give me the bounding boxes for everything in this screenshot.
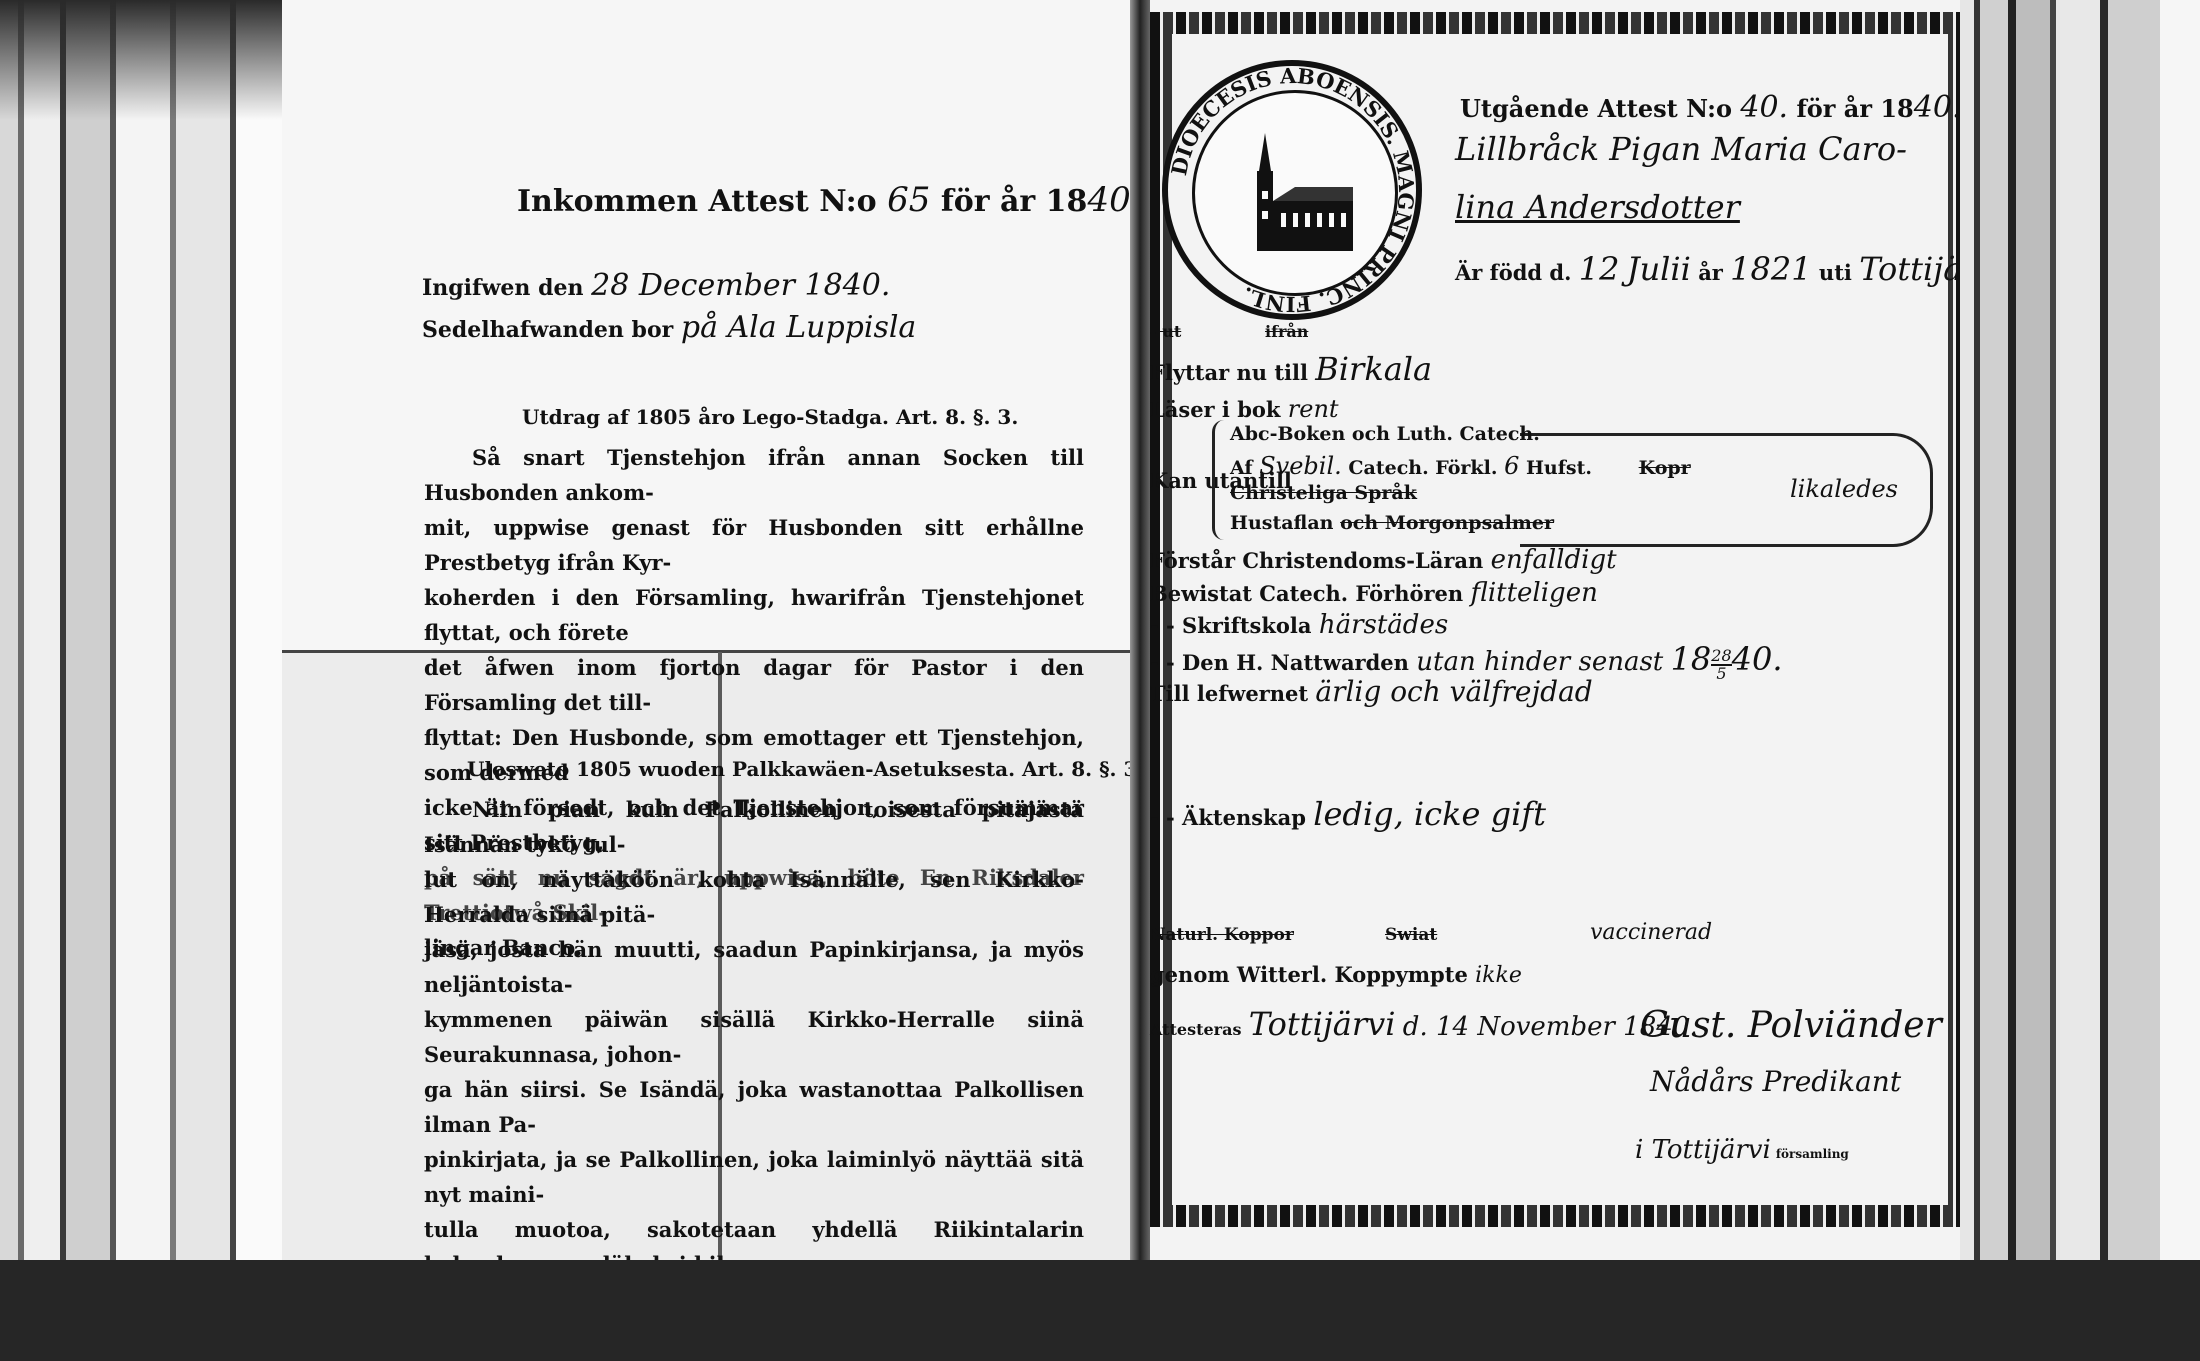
left-page-stack-edge	[0, 0, 300, 1260]
book-gutter	[1130, 0, 1150, 1268]
school-value: härstädes	[1319, 610, 1448, 640]
knowledge-note: likaledes	[1790, 475, 1898, 503]
reads-value: rent	[1288, 395, 1339, 423]
title-year: 40.	[1914, 90, 1962, 125]
communion-value: utan hinder senast	[1416, 647, 1663, 677]
knowledge-item-hand: Svebil.	[1259, 452, 1342, 480]
communion-year-prefix: 18	[1671, 640, 1712, 678]
attested-label: Attesteras	[1150, 1020, 1241, 1039]
knowledge-item-count: 6	[1504, 452, 1519, 480]
certificate-number: 40.	[1740, 90, 1788, 125]
title-label: Utgående Attest N:o	[1460, 94, 1732, 123]
struck-from-label: ifrån	[1265, 322, 1308, 341]
marriage-value: ledig, icke gift	[1313, 795, 1546, 833]
statute-line: lut on, näyttäköön kohta Isännälle, sen …	[424, 862, 1084, 932]
finnish-section-heading: Ulosweto 1805 wuoden Palkkawäen-Asetukse…	[467, 757, 1144, 781]
left-page: Inkommen Attest N:o 65 för år 1840 Ingif…	[282, 0, 1132, 1268]
pox-struck: Swiat	[1385, 925, 1437, 945]
scanner-bed	[0, 1260, 2200, 1361]
reads-label: Läser i bok	[1150, 397, 1280, 422]
vaccination-row: genom Witterl. Koppympte ikke	[1150, 962, 1522, 988]
statute-line: Så snart Tjenstehjon ifrån annan Socken …	[424, 440, 1084, 510]
title-label: Inkommen Attest N:o	[517, 184, 877, 219]
person-name-line-2: lina Andersdotter	[1455, 188, 1740, 226]
outgoing-certificate-title: Utgående Attest N:o 40. för år 1840.	[1460, 90, 1961, 125]
statute-line: det åfwen inom fjorton dagar för Pastor …	[424, 650, 1084, 720]
conduct-row: Till lefwernet ärlig och välfrejdad	[1150, 675, 1593, 708]
received-row: Ingifwen den 28 December 1840.	[422, 268, 890, 303]
birth-year: 1821	[1730, 250, 1811, 288]
catechism-label: Bewistat Catech. Förhören	[1150, 581, 1463, 606]
left-shadow	[0, 0, 300, 120]
natural-pox-struck: Naturl. Koppor	[1150, 925, 1294, 945]
understanding-value: enfalldigt	[1491, 545, 1617, 575]
school-label: - - Skriftskola	[1150, 613, 1312, 638]
parish-row: i Tottijärvi församling	[1635, 1135, 1849, 1165]
marriage-row: - - Äktenskap ledig, icke gift	[1150, 795, 1546, 833]
knowledge-item-text: Hustaflan	[1230, 512, 1334, 534]
holder-residence: på Ala Luppisla	[681, 310, 916, 345]
finnish-statute-text: Niin pian kuin Palkollinen toisesta pitä…	[424, 792, 1084, 1317]
fraction-day: 28	[1711, 648, 1731, 666]
title-year-label: för år 18	[941, 184, 1088, 219]
right-page: DIOECESIS ABOENSIS. MAGNI PRINC. FINL. U…	[1150, 0, 1960, 1260]
marriage-label: - - Äktenskap	[1150, 805, 1306, 830]
birth-place-label: uti	[1819, 260, 1852, 285]
conduct-value: ärlig och välfrejdad	[1315, 675, 1592, 708]
statute-line: koherden i den Församling, hwarifrån Tje…	[424, 580, 1084, 650]
moves-to-row: Flyttar nu till Birkala	[1150, 350, 1432, 388]
knowledge-item-struck: Christeliga Språk	[1230, 482, 1417, 504]
vaccine-value: ikke	[1475, 963, 1522, 988]
knowledge-item-suffix: Hufst.	[1526, 457, 1592, 479]
swedish-section-heading: Utdrag af 1805 åro Lego-Stadga. Art. 8. …	[522, 405, 1018, 429]
diocese-seal: DIOECESIS ABOENSIS. MAGNI PRINC. FINL.	[1162, 60, 1422, 320]
moves-to-label: Flyttar nu till	[1150, 360, 1308, 385]
vaccinated-note: vaccinerad	[1590, 920, 1712, 945]
statute-line: pinkirjata, ja se Palkollinen, joka laim…	[424, 1142, 1084, 1212]
vaccine-label: genom Witterl. Koppympte	[1150, 962, 1468, 987]
conduct-label: Till lefwernet	[1150, 681, 1308, 706]
seal-lettering: DIOECESIS ABOENSIS. MAGNI PRINC. FINL.	[1168, 66, 1416, 314]
birth-month: Julii	[1627, 250, 1691, 288]
statute-line: jäsä, josta hän muutti, saadun Papinkirj…	[424, 932, 1084, 1002]
knowledge-item: Hustaflan och Morgonpsalmer	[1230, 512, 1554, 534]
received-date: 28 December 1840.	[591, 268, 890, 303]
place-date-row: Attesteras Tottijärvi d. 14 November 184…	[1150, 1005, 1698, 1043]
attested-place: Tottijärvi	[1249, 1005, 1396, 1043]
knowledge-item-struck: Kopr	[1639, 457, 1691, 479]
title-year: 40	[1087, 180, 1130, 220]
birth-row: Är född d. 12 Julii år 1821 uti Tottijär…	[1455, 250, 2006, 288]
statute-line: Niin pian kuin Palkollinen toisesta pitä…	[424, 792, 1084, 862]
communion-label: - - Den H. Nattwarden	[1150, 650, 1409, 675]
birth-label: Är född d.	[1455, 260, 1571, 285]
fraction-month: 5	[1711, 666, 1731, 682]
understanding-label: Förstår Christendoms-Läran	[1150, 548, 1483, 573]
statute-line: ga hän siirsi. Se Isändä, joka wastanott…	[424, 1072, 1084, 1142]
catechism-value: flitteligen	[1470, 578, 1597, 608]
signature-title: Nådårs Predikant	[1650, 1065, 1901, 1098]
understanding-row: Förstår Christendoms-Läran enfalldigt	[1150, 545, 1617, 575]
parish-name: i Tottijärvi	[1635, 1135, 1771, 1165]
struck-prefix: - ut	[1150, 322, 1181, 341]
svg-text:DIOECESIS ABOENSIS. MAGNI PRIN: DIOECESIS ABOENSIS. MAGNI PRINC. FINL.	[1168, 66, 1416, 314]
holder-row: Sedelhafwanden bor på Ala Luppisla	[422, 310, 916, 345]
knowledge-item-suffix: Catech. Förkl.	[1348, 457, 1497, 479]
certificate-number: 65	[887, 180, 930, 220]
knowledge-item: Af Svebil. Catech. Förkl. 6 Hufst. Kopr	[1230, 452, 1691, 480]
statute-line: mit, uppwise genast för Husbonden sitt e…	[424, 510, 1084, 580]
signature-name: Gust. Polviänder	[1640, 1005, 1942, 1046]
knowledge-item-struck: och Morgonpsalmer	[1340, 512, 1554, 534]
catechism-row: Bewistat Catech. Förhören flitteligen	[1150, 578, 1598, 608]
communion-year-suffix: 40.	[1732, 640, 1783, 678]
birth-day: 12	[1579, 250, 1620, 288]
holder-label: Sedelhafwanden bor	[422, 317, 673, 343]
reads-row: Läser i bok rent	[1150, 395, 1339, 423]
title-year-label: för år 18	[1796, 94, 1913, 123]
knowledge-item: Abc-Boken och Luth. Catech.	[1230, 423, 1540, 445]
birth-year-label: år	[1698, 260, 1723, 285]
received-label: Ingifwen den	[422, 275, 583, 301]
moves-to-value: Birkala	[1315, 350, 1432, 388]
parish-label: församling	[1776, 1147, 1849, 1161]
statute-line: kymmenen päiwän sisällä Kirkko-Herralle …	[424, 1002, 1084, 1072]
communion-date-fraction: 285	[1711, 648, 1731, 682]
person-name-line-1: Lillbråck Pigan Maria Caro-	[1455, 130, 1907, 168]
right-page-stack-edge	[1960, 0, 2200, 1260]
confirmation-school-row: - - Skriftskola härstädes	[1150, 610, 1448, 640]
incoming-certificate-title: Inkommen Attest N:o 65 för år 1840	[517, 180, 1131, 220]
knowledge-item-prefix: Af	[1230, 457, 1253, 479]
